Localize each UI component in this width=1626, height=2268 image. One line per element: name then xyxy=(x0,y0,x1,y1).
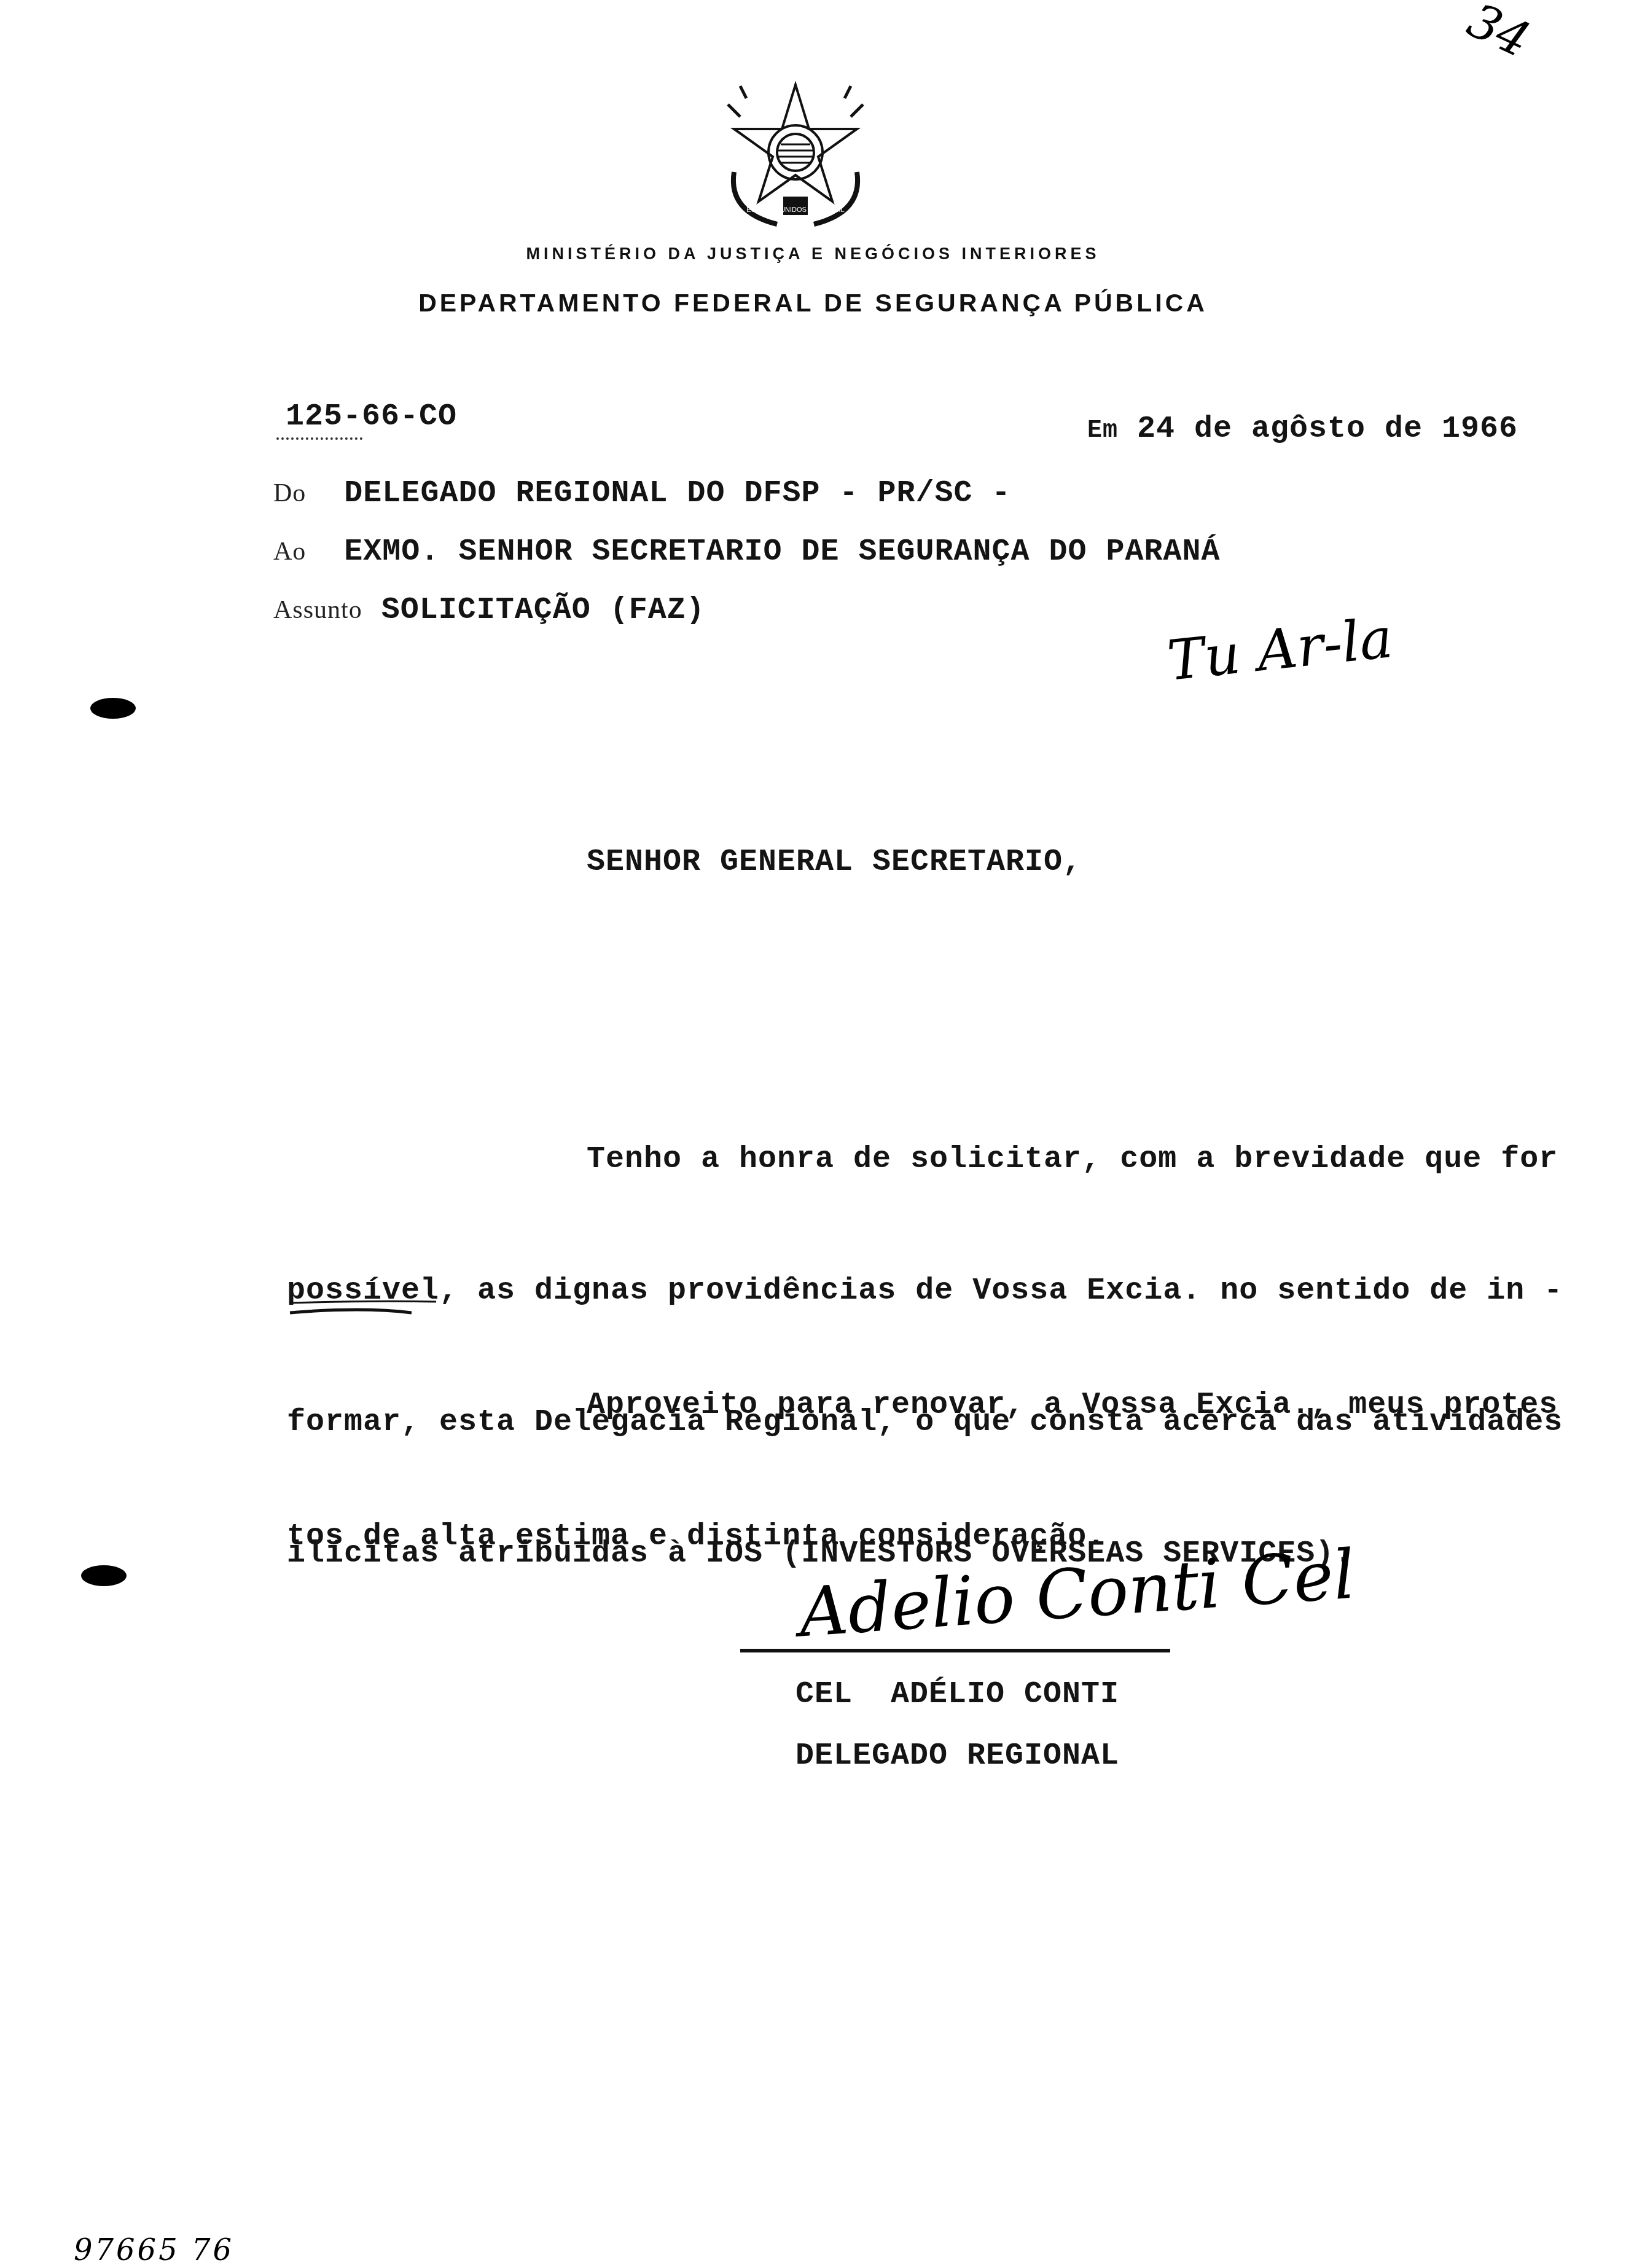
salutation: SENHOR GENERAL SECRETARIO, xyxy=(587,845,1082,880)
to-row: Ao EXMO. SENHOR SECRETARIO DE SEGURANÇA … xyxy=(273,534,1221,569)
ministry-heading: MINISTÉRIO DA JUSTIÇA E NEGÓCIOS INTERIO… xyxy=(0,244,1626,264)
handwritten-initials: Tu Ar-la xyxy=(1165,606,1396,694)
from-value: DELEGADO REGIONAL DO DFSP - PR/SC - xyxy=(344,476,1010,511)
reference-underline xyxy=(276,437,362,440)
date-prefix: Em xyxy=(1087,417,1118,445)
subject-row: Assunto SOLICITAÇÃO (FAZ) xyxy=(273,593,705,628)
handwritten-underline xyxy=(289,1299,448,1318)
from-row: Do DELEGADO REGIONAL DO DFSP - PR/SC - xyxy=(273,476,1011,511)
signatory-name: CEL ADÉLIO CONTI xyxy=(795,1677,1119,1712)
punch-hole xyxy=(81,1565,127,1586)
subject-label: Assunto xyxy=(273,596,362,624)
signatory-title: DELEGADO REGIONAL xyxy=(795,1738,1119,1773)
handwritten-page-number: 34 xyxy=(1460,0,1538,69)
signature-line xyxy=(740,1649,1170,1652)
punch-hole xyxy=(90,698,136,719)
svg-text:ESTADOS UNIDOS DO BRASIL: ESTADOS UNIDOS DO BRASIL xyxy=(746,206,844,214)
archive-number: 97665 76 xyxy=(74,2233,234,2267)
subject-value: SOLICITAÇÃO (FAZ) xyxy=(381,593,705,628)
from-label: Do xyxy=(273,479,306,507)
brazil-coat-of-arms-icon: ESTADOS UNIDOS DO BRASIL xyxy=(722,80,869,233)
paragraph-line: Aproveito para renovar, a Vossa Excia., … xyxy=(287,1388,1552,1449)
to-label: Ao xyxy=(273,538,306,566)
memo-date: Em 24 de agôsto de 1966 xyxy=(1087,412,1518,447)
to-value: EXMO. SENHOR SECRETARIO DE SEGURANÇA DO … xyxy=(344,534,1220,569)
paragraph-line: Tenho a honra de solicitar, com a brevid… xyxy=(287,1142,1552,1203)
date-value: 24 de agôsto de 1966 xyxy=(1137,412,1518,447)
reference-number: 125-66-CO xyxy=(286,399,457,434)
department-heading: DEPARTAMENTO FEDERAL DE SEGURANÇA PÚBLIC… xyxy=(0,289,1626,318)
